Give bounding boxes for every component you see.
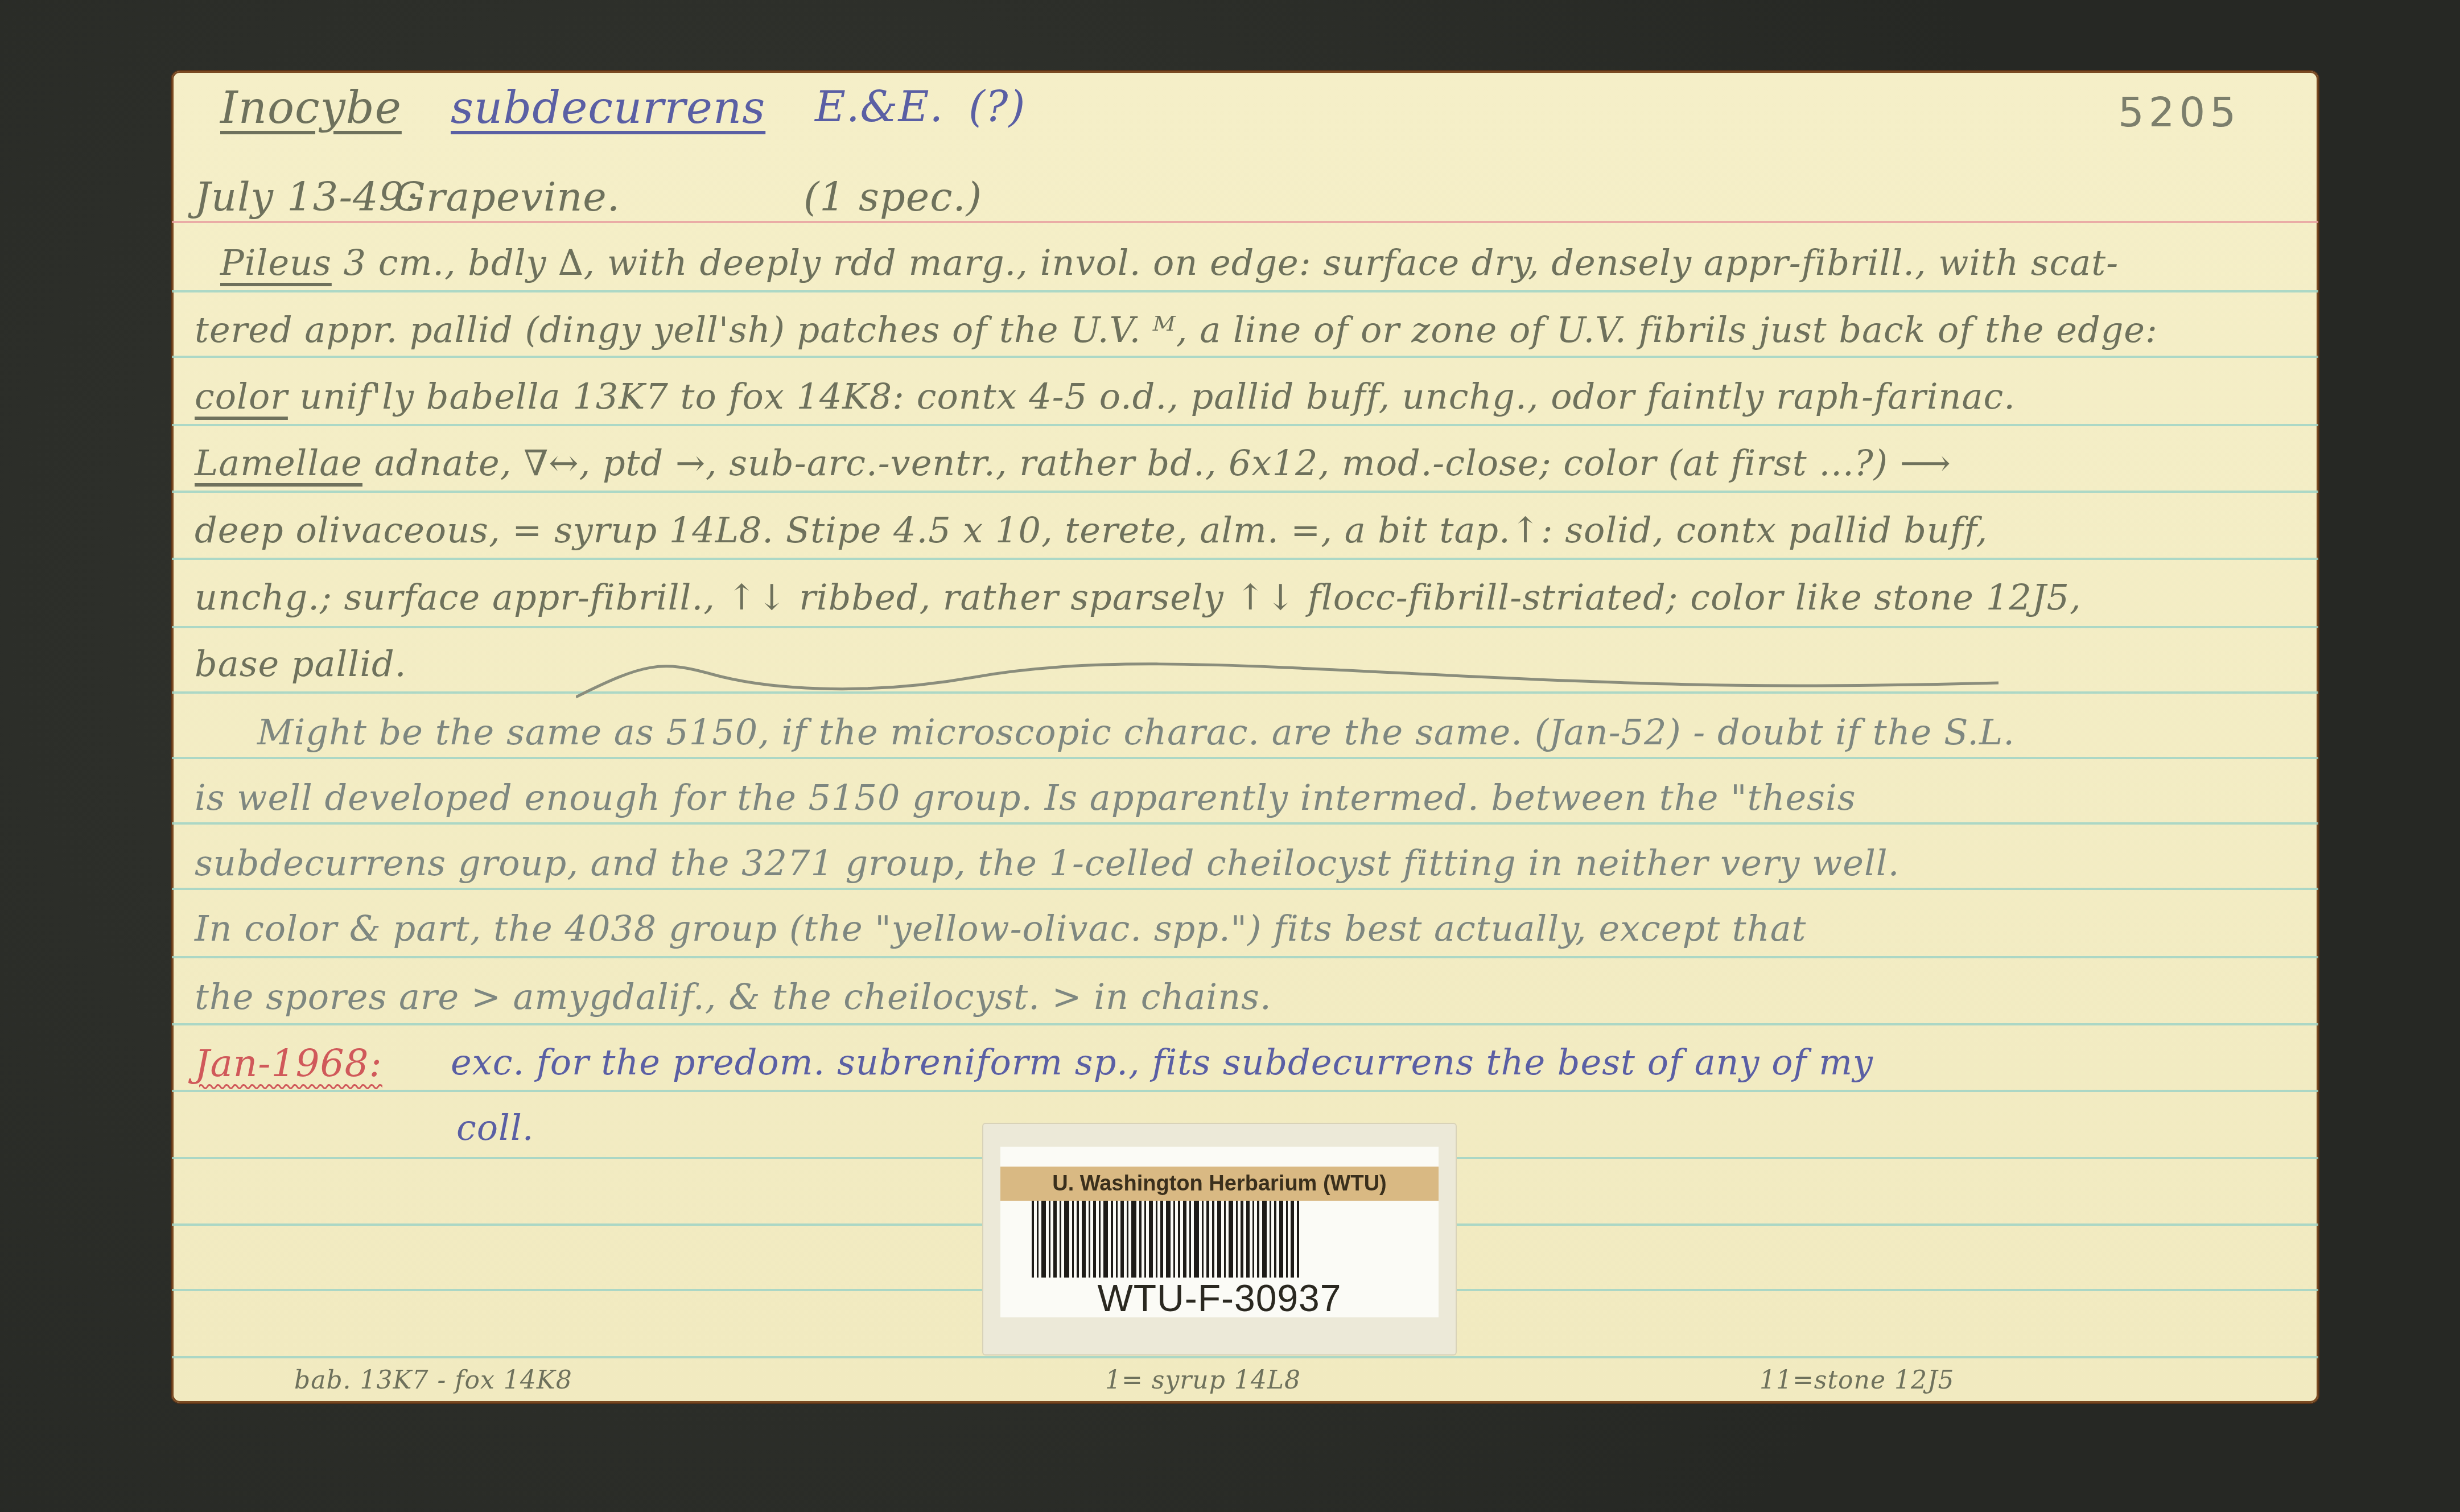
red-margin-rule [172, 221, 2318, 223]
ruled-line [172, 626, 2318, 628]
species-name: subdecurrens [451, 83, 765, 134]
description-line: deep olivaceous, = syrup 14L8. Stipe 4.5… [195, 509, 1988, 551]
ruled-line [172, 558, 2318, 560]
description-text: 3 cm., bdly ∆, with deeply rdd marg., in… [344, 242, 2119, 283]
genus-name: Inocybe [220, 83, 402, 134]
footer-note: 11=stone 12J5 [1760, 1366, 1955, 1395]
annotation-date: Jan-1968: [195, 1041, 382, 1085]
ruled-line [172, 757, 2318, 759]
notes-line: Might be the same as 5150, if the micros… [257, 711, 2015, 753]
description-text: unchg.; surface appr-fibrill., ↑↓ ribbed… [195, 576, 2082, 618]
description-line: tered appr. pallid (dingy yell'sh) patch… [195, 309, 2158, 351]
notes-line: is well developed enough for the 5150 gr… [195, 777, 1856, 818]
description-text: adnate, ∇↔, ptd →, sub-arc.-ventr., rath… [374, 442, 1951, 484]
description-line: Pileus 3 cm., bdly ∆, with deeply rdd ma… [195, 242, 2119, 283]
herbarium-label: U. Washington Herbarium (WTU) WTU-F-3093… [983, 1124, 1456, 1354]
ruled-line [172, 290, 2318, 292]
footer-note: 1= syrup 14L8 [1105, 1366, 1301, 1395]
description-text: tered appr. pallid (dingy yell'sh) patch… [195, 309, 2158, 351]
collection-date: July 13-49: [195, 174, 419, 220]
card-number: 5205 [2118, 88, 2240, 136]
wavy-separator [576, 657, 1999, 703]
lamellae-heading: Lamellae [195, 442, 362, 484]
barcode-sticker: U. Washington Herbarium (WTU) WTU-F-3093… [1000, 1147, 1439, 1317]
description-line: color unif'ly babella 13K7 to fox 14K8: … [195, 376, 2016, 417]
ruled-line [172, 888, 2318, 890]
collection-locality: Grapevine. [394, 174, 620, 220]
ruled-line [172, 822, 2318, 825]
description-text: base pallid. [195, 643, 406, 685]
annotation-continuation: coll. [456, 1107, 534, 1148]
catalog-number: WTU-F-30937 [1000, 1276, 1439, 1320]
barcode-icon [1032, 1201, 1402, 1278]
ruled-line [172, 1090, 2318, 1092]
annotation-text: exc. for the predom. subreniform sp., fi… [451, 1041, 1873, 1083]
identification-query: (?) [969, 83, 1025, 131]
ruled-line [172, 424, 2318, 426]
notes-line: In color & part, the 4038 group (the "ye… [195, 908, 1807, 949]
notes-line: the spores are > amygdalif., & the cheil… [195, 976, 1272, 1017]
description-text: unif'ly babella 13K7 to fox 14K8: contx … [300, 376, 2016, 417]
specimen-count: (1 spec.) [803, 174, 982, 220]
description-line: base pallid. [195, 643, 406, 685]
footer-note: bab. 13K7 - fox 14K8 [294, 1366, 572, 1395]
description-text: deep olivaceous, = syrup 14L8. Stipe 4.5… [195, 509, 1988, 551]
notes-line: subdecurrens group, and the 3271 group, … [195, 842, 1899, 884]
ruled-line [172, 1356, 2318, 1358]
description-line: Lamellae adnate, ∇↔, ptd →, sub-arc.-ven… [195, 442, 1951, 484]
species-authority: E.&E. [815, 83, 943, 131]
color-heading: color [195, 376, 288, 417]
ruled-line [172, 1023, 2318, 1025]
institution-name: U. Washington Herbarium (WTU) [1000, 1167, 1439, 1201]
pileus-heading: Pileus [220, 242, 332, 283]
ruled-line [172, 356, 2318, 358]
ruled-line [172, 491, 2318, 493]
ruled-line [172, 956, 2318, 958]
description-line: unchg.; surface appr-fibrill., ↑↓ ribbed… [195, 576, 2082, 618]
